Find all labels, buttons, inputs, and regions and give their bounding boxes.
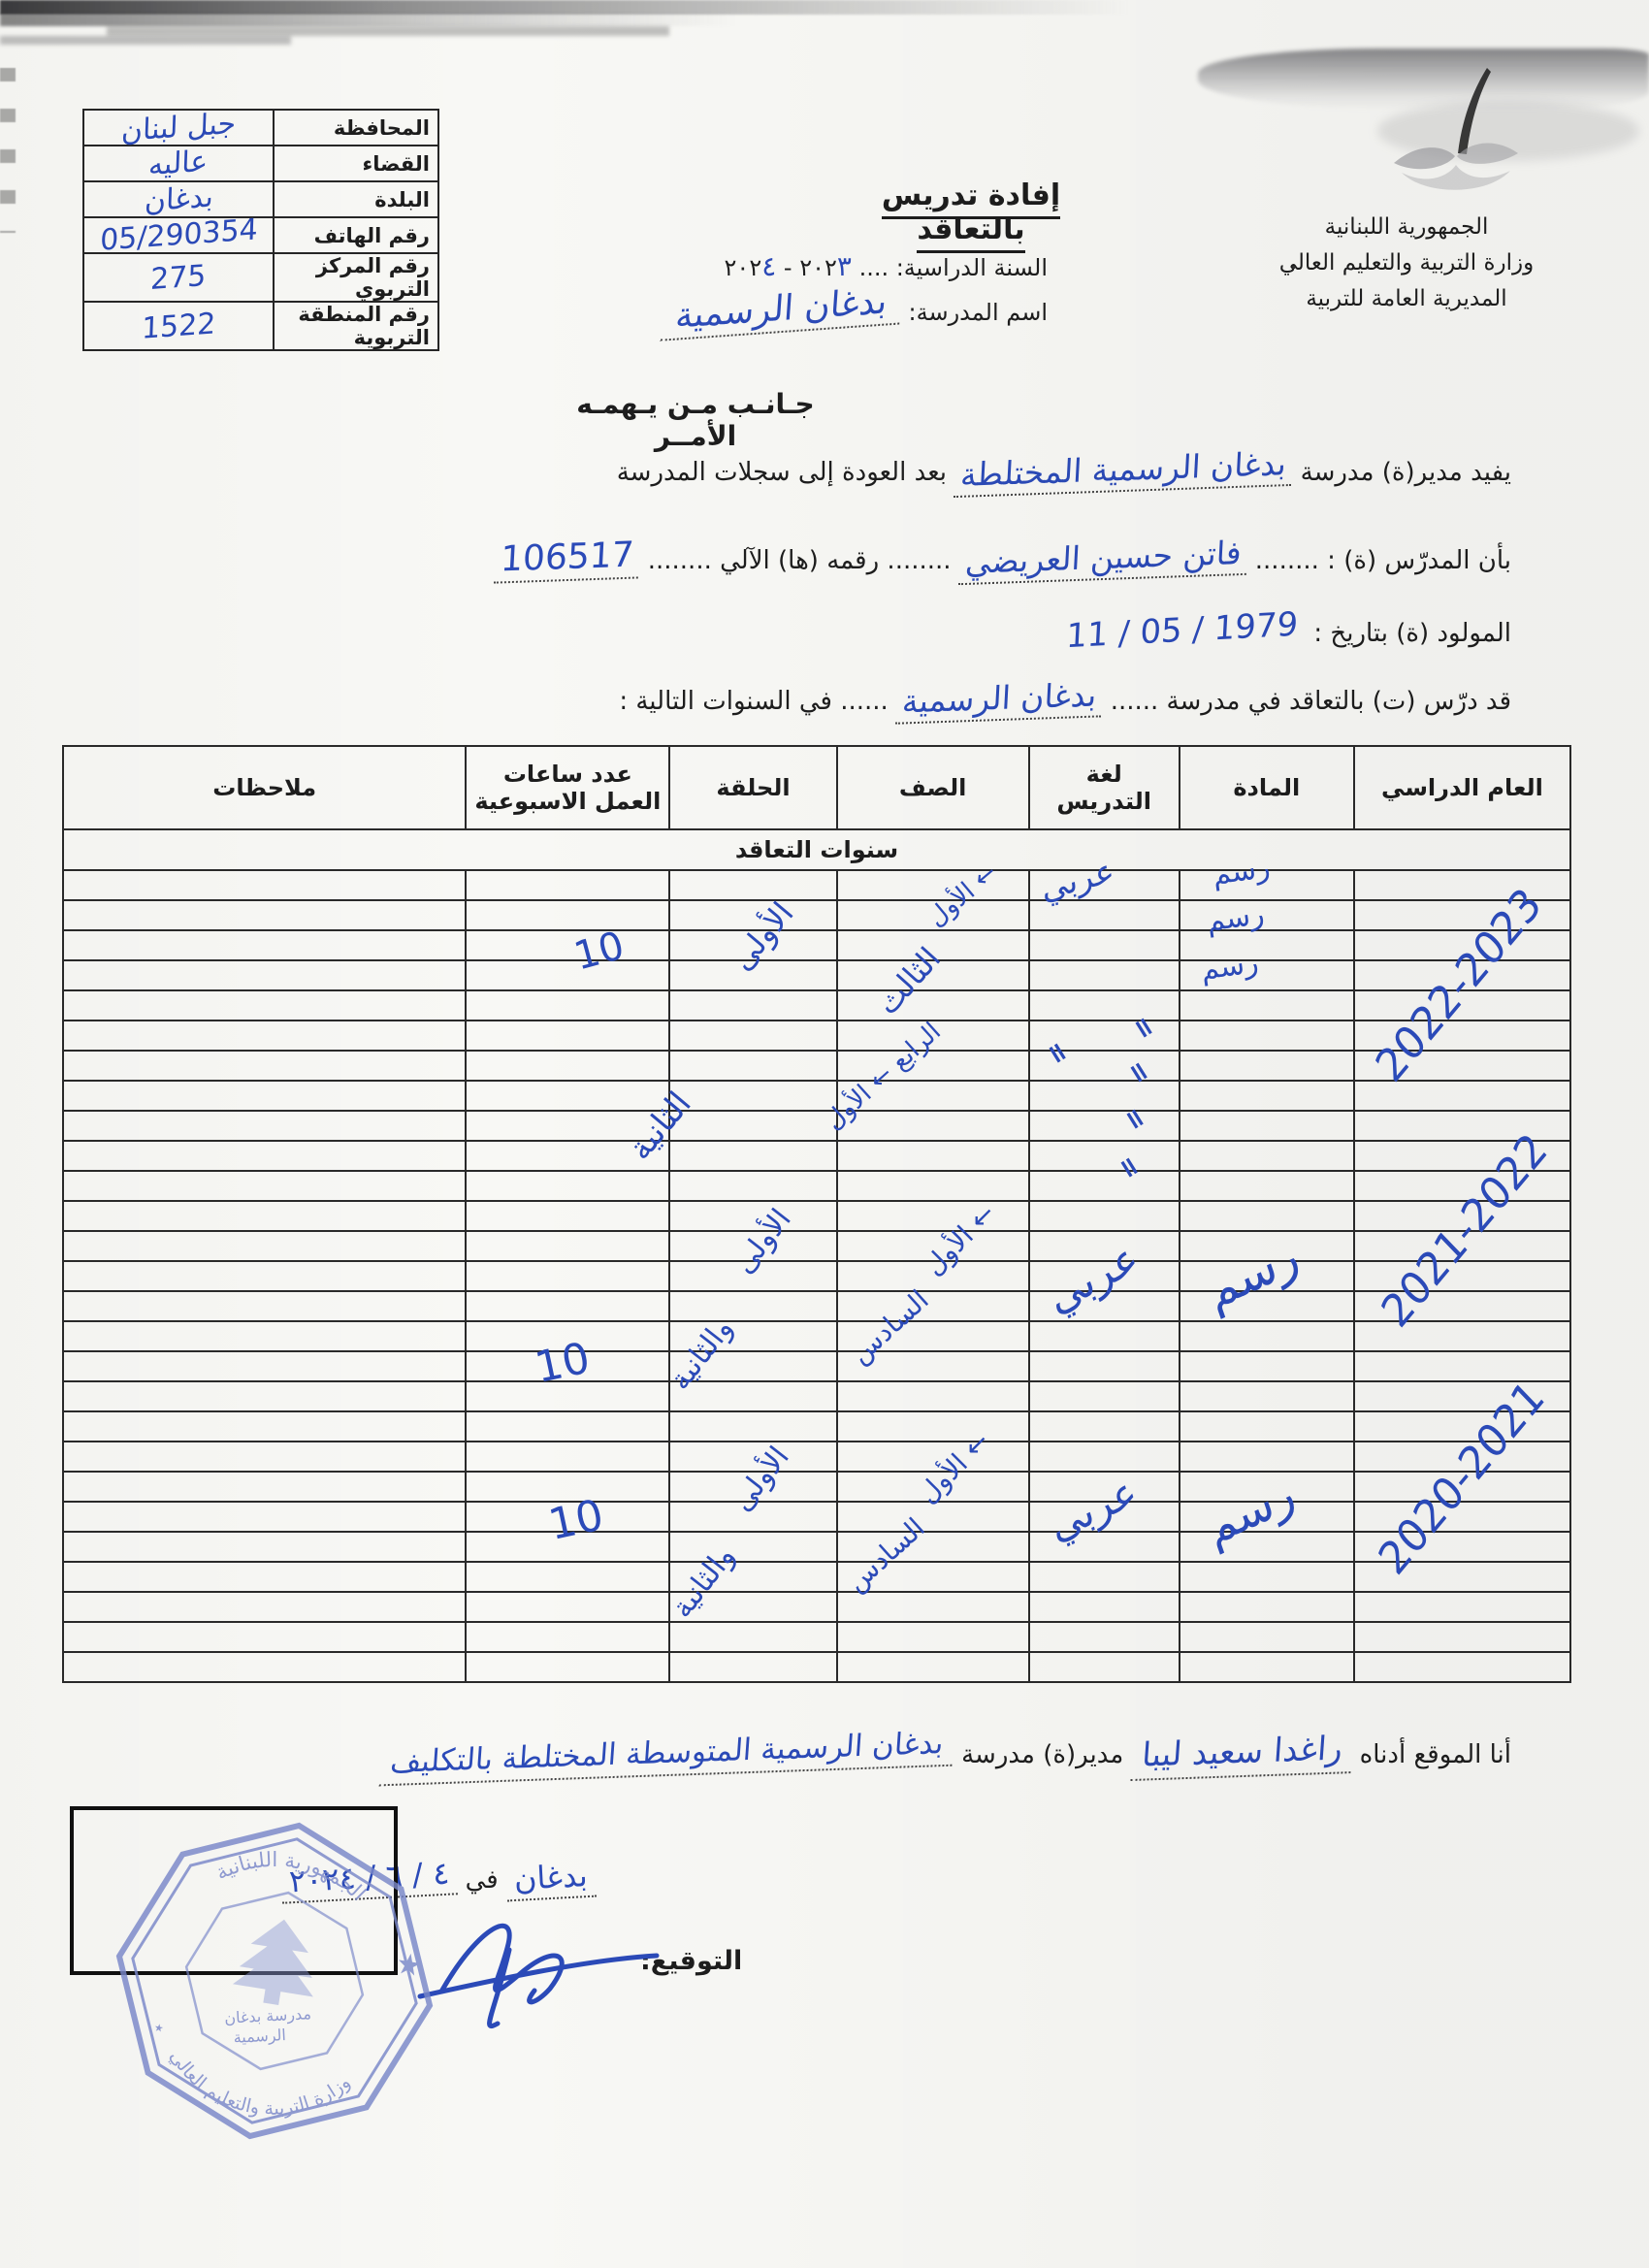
scanned-document-page: المحافظة جبل لبنان القضاء عاليه البلدة ب… xyxy=(0,0,1649,2268)
contract-empty-row xyxy=(63,1231,1570,1261)
statement-line4-prefix: قد درّس (ت) بالتعاقد في مدرسة ...... xyxy=(1111,687,1511,716)
statement-line4-suffix: ...... في السنوات التالية : xyxy=(619,687,888,716)
info-value: 05/290354 xyxy=(83,217,274,253)
scan-artifact-top-band xyxy=(0,14,737,26)
scan-artifact-top-band xyxy=(0,0,1130,15)
table-row: رقم المنطقة التربوية 1522 xyxy=(83,302,438,350)
region-info-table: المحافظة جبل لبنان القضاء عاليه البلدة ب… xyxy=(82,109,439,351)
closing-prefix: أنا الموقع أدناه xyxy=(1360,1740,1511,1769)
hw-subject: رسم xyxy=(1205,900,1266,937)
contract-empty-row xyxy=(63,990,1570,1021)
column-header-subject: المادة xyxy=(1180,746,1354,829)
scan-artifact-top-band xyxy=(0,36,291,45)
column-header-weekly-hours: عدد ساعات العمل الاسبوعية xyxy=(466,746,669,829)
handwritten-value: 275 xyxy=(150,258,207,296)
info-label: رقم الهاتف xyxy=(274,217,438,253)
info-value: 275 xyxy=(83,253,274,302)
school-name-handwritten: بدغان الرسمية xyxy=(661,280,902,341)
info-value: عاليه xyxy=(83,146,274,181)
contract-empty-row xyxy=(63,1502,1570,1532)
closing-mid-label: مدير(ة) مدرسة xyxy=(961,1740,1123,1769)
school-name-line: اسم المدرسة: بدغان الرسمية xyxy=(662,289,1048,333)
dotted-leader: .... xyxy=(859,254,889,281)
year-start-handwritten: ٣ xyxy=(837,250,852,282)
hw-weekly-hours: 10 xyxy=(570,926,629,977)
contract-empty-row xyxy=(63,1171,1570,1201)
document-title: إفادة تدريس بالتعاقد xyxy=(832,178,1110,246)
director-school-handwritten: بدغان الرسمية المتوسطة المختلطة بالتكليف xyxy=(379,1726,954,1787)
table-row: المحافظة جبل لبنان xyxy=(83,110,438,146)
director-name-handwritten: راغدا سعيد ليبا xyxy=(1130,1729,1353,1781)
table-row: البلدة بدغان xyxy=(83,181,438,217)
svg-text:الجمهورية اللبنانية: الجمهورية اللبنانية xyxy=(209,1837,374,1908)
stray-dot-mark: · xyxy=(1290,254,1298,281)
contract-empty-row xyxy=(63,1141,1570,1171)
statement-line1-suffix: بعد العودة إلى سجلات المدرسة xyxy=(617,458,947,487)
column-header-language: لغة التدريس xyxy=(1029,746,1180,829)
statement-line-4: قد درّس (ت) بالتعاقد في مدرسة ...... بدغ… xyxy=(619,679,1511,721)
birthdate-handwritten: 11 / 05 / 1979 xyxy=(1057,604,1307,657)
contract-table-body xyxy=(63,870,1570,1682)
stamp-top-text: الجمهورية اللبنانية xyxy=(209,1837,374,1908)
contract-empty-row xyxy=(63,1472,1570,1502)
column-header-notes: ملاحظات xyxy=(63,746,466,829)
school-year-label: السنة الدراسية: xyxy=(896,254,1048,281)
closing-line: أنا الموقع أدناه راغدا سعيد ليبا مدير(ة)… xyxy=(380,1733,1511,1777)
teacher-label: بأن المدرّس (ة) : ........ xyxy=(1255,546,1511,575)
statement-line-2: بأن المدرّس (ة) : ........ فاتن حسين الع… xyxy=(495,537,1511,581)
year-separator: - xyxy=(784,254,792,281)
open-book-quill-icon xyxy=(1382,190,1528,209)
table-title: سنوات التعاقد xyxy=(63,829,1570,870)
scan-artifact-top-band xyxy=(107,26,669,36)
official-stamp: ★ ٭ الجمهورية اللبنانية وزارة التربية وا… xyxy=(105,1806,444,2159)
addressee-heading: جـانـب مـن يـهمـه الأمــر xyxy=(535,388,856,452)
contract-empty-row xyxy=(63,870,1570,900)
contract-empty-row xyxy=(63,1111,1570,1141)
hw-subject: رسم xyxy=(1211,854,1272,891)
info-value: بدغان xyxy=(83,181,274,217)
info-label: رقم المركز التربوي xyxy=(274,253,438,302)
contract-empty-row xyxy=(63,1592,1570,1622)
hw-weekly-hours: 10 xyxy=(545,1494,607,1547)
statement-line1-prefix: يفيد مدير(ة) مدرسة xyxy=(1301,458,1511,487)
letterhead-republic: الجمهورية اللبنانية xyxy=(1246,210,1567,245)
table-row: القضاء عاليه xyxy=(83,146,438,181)
svg-text:٭: ٭ xyxy=(152,2017,165,2038)
contract-empty-row xyxy=(63,1622,1570,1652)
year-end-handwritten: ٤ xyxy=(761,250,776,282)
handwritten-value: جبل لبنان xyxy=(120,107,236,148)
contract-years-table-region: سنوات التعاقد العام الدراسي المادة لغة ا… xyxy=(62,745,1571,1683)
school-year-line: السنة الدراسية: .... ٢٠٢٣ - ٢٠٢٤ xyxy=(725,250,1048,282)
contract-empty-row xyxy=(63,930,1570,960)
contract-empty-row xyxy=(63,1562,1570,1592)
letterhead-directorate: المديرية العامة للتربية xyxy=(1246,281,1567,317)
birthdate-label: المولود (ة) بتاريخ : xyxy=(1313,619,1511,648)
contract-empty-row xyxy=(63,1652,1570,1682)
school-name-label: اسم المدرسة: xyxy=(909,299,1048,326)
contract-empty-row xyxy=(63,1291,1570,1321)
info-value: 1522 xyxy=(83,302,274,350)
cedar-tree-icon xyxy=(231,1913,325,2010)
place-handwritten: بدغان xyxy=(505,1857,597,1902)
column-header-year: العام الدراسي xyxy=(1354,746,1570,829)
column-header-cycle: الحلقة xyxy=(669,746,836,829)
contract-empty-row xyxy=(63,1381,1570,1411)
table-title-row: سنوات التعاقد xyxy=(63,829,1570,870)
contract-empty-row xyxy=(63,1411,1570,1442)
column-header-class: الصف xyxy=(837,746,1029,829)
contract-school-handwritten: بدغان الرسمية xyxy=(895,675,1103,725)
contract-years-table: سنوات التعاقد العام الدراسي المادة لغة ا… xyxy=(62,745,1571,1683)
contract-empty-row xyxy=(63,1351,1570,1381)
contract-empty-row xyxy=(63,960,1570,990)
handwritten-value: عاليه xyxy=(148,145,209,182)
hw-weekly-hours: 10 xyxy=(532,1337,594,1390)
stamp-star: ★ xyxy=(394,1947,425,1985)
contract-empty-row xyxy=(63,1051,1570,1081)
info-label: القضاء xyxy=(274,146,438,181)
stamp-inner-text: مدرسة بدغان xyxy=(224,2004,312,2028)
ministry-logo xyxy=(1382,64,1528,209)
contract-empty-row xyxy=(63,1081,1570,1111)
handwritten-value: 05/290354 xyxy=(99,212,258,258)
document-title-text: إفادة تدريس بالتعاقد xyxy=(882,178,1060,253)
school-name-handwritten: بدغان الرسمية المختلطة xyxy=(954,444,1293,498)
table-header-row: العام الدراسي المادة لغة التدريس الصف ال… xyxy=(63,746,1570,829)
info-value: جبل لبنان xyxy=(83,110,274,146)
contract-empty-row xyxy=(63,1532,1570,1562)
teacher-name-handwritten: فاتن حسين العريضي xyxy=(958,534,1248,585)
year-end-printed: ٢٠٢ xyxy=(725,254,762,281)
table-row: رقم المركز التربوي 275 xyxy=(83,253,438,302)
teacher-number-label: ........ رقمه (ها) الآلي ........ xyxy=(648,546,952,575)
hw-subject: رسم xyxy=(1199,949,1260,986)
statement-line-3: المولود (ة) بتاريخ : 11 / 05 / 1979 xyxy=(1058,611,1511,650)
teacher-number-handwritten: 106517 xyxy=(494,535,641,583)
info-label: المحافظة xyxy=(274,110,438,146)
handwritten-value: بدغان xyxy=(144,179,213,218)
table-row: رقم الهاتف 05/290354 xyxy=(83,217,438,253)
signature-scribble xyxy=(412,1899,664,2039)
stamp-inner-text: الرسمية xyxy=(233,2025,286,2048)
contract-empty-row xyxy=(63,1442,1570,1472)
contract-empty-row xyxy=(63,1321,1570,1351)
contract-empty-row xyxy=(63,900,1570,930)
contract-empty-row xyxy=(63,1261,1570,1291)
contract-empty-row xyxy=(63,1021,1570,1051)
handwritten-value: 1522 xyxy=(141,307,215,345)
info-label: رقم المنطقة التربوية xyxy=(274,302,438,350)
date-in-label: في xyxy=(466,1865,499,1895)
contract-empty-row xyxy=(63,1201,1570,1231)
info-label: البلدة xyxy=(274,181,438,217)
scan-artifact-edge-marks xyxy=(0,68,16,233)
statement-line-1: يفيد مدير(ة) مدرسة بدغان الرسمية المختلط… xyxy=(617,450,1511,492)
year-start-printed: ٢٠٢ xyxy=(799,254,837,281)
